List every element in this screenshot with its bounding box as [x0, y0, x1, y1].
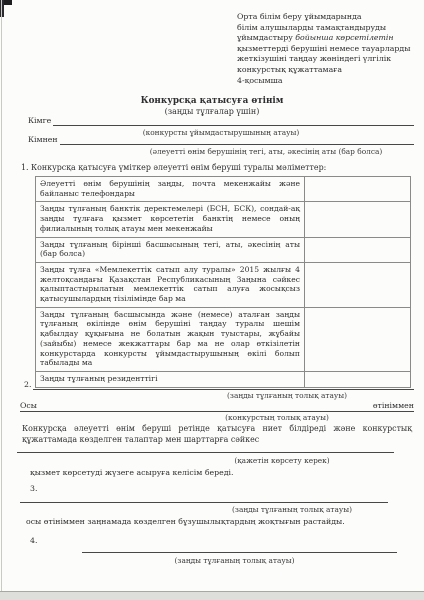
section2-number: 2. [24, 380, 33, 390]
appendix-line: қызметтерді берушіні немесе тауарларды [237, 44, 417, 55]
appendix-line: Орта білім беру ұйымдарында [237, 12, 417, 23]
table-row-label: Заңды тұлға «Мемлекеттік сатып алу турал… [36, 262, 305, 307]
appendix-line: ұйымдастыру бойынша көрсетілетін [237, 33, 417, 44]
section2-blank-line [33, 379, 414, 390]
table-row-label: Заңды тұлғаның банктік деректемелері (БС… [36, 202, 305, 237]
appendix-line: білім алушыларды тамақтандыруды [237, 23, 417, 34]
section3-statement-text: осы өтініммен заңнамада көзделген бұзушы… [26, 517, 345, 527]
to-field-row: Кімге [28, 115, 414, 126]
section3-legal-name-caption: (заңды тұлғаның толық атауы) [170, 505, 414, 515]
table-row-value-cell [305, 262, 411, 307]
from-caption: (әлеуетті өнім берушінің тегі, аты, әкес… [118, 147, 414, 157]
section3-number: 3. [30, 484, 37, 494]
table-row-value-cell [305, 307, 411, 371]
osy-word: Осы [20, 401, 37, 411]
table-row-value-cell [305, 237, 411, 262]
appendix-reference-block: Орта білім беру ұйымдарында білім алушыл… [237, 12, 417, 86]
table-row-value-cell [305, 202, 411, 237]
section4-blank-rule [82, 552, 397, 553]
table-row: Әлеуетті өнім берушінің заңды, почта мек… [36, 177, 411, 202]
from-field-row: Кімнен [28, 134, 414, 145]
section2-osy-row: Осы өтініммен [20, 397, 414, 412]
section2-closing-text: қызмет көрсетуді жүзеге асыруға келісім … [30, 468, 234, 478]
scan-bottom-edge-artifact [0, 591, 424, 600]
section2-blank-rule [17, 452, 394, 453]
section2-number-row: 2. [24, 379, 414, 390]
section3-blank-rule [20, 502, 388, 503]
table-row-label: Заңды тұлғаның бірінші басшысының тегі, … [36, 237, 305, 262]
table-row-label: Әлеуетті өнім берушінің заңды, почта мек… [36, 177, 305, 202]
table-row-value-cell [305, 177, 411, 202]
table-row: Заңды тұлғаның басшысында және (немесе) … [36, 307, 411, 371]
scanned-application-form-page: Орта білім беру ұйымдарында білім алушыл… [0, 0, 424, 600]
section4-legal-name-caption: (заңды тұлғаның толық атауы) [55, 556, 414, 566]
from-blank-line [60, 134, 414, 145]
appendix-number: 4-қосымша [237, 76, 417, 87]
table-row: Заңды тұлғаның банктік деректемелері (БС… [36, 202, 411, 237]
section1-heading: 1. Конкурсқа қатысуға үміткер әлеуетті ө… [21, 163, 414, 173]
section4-number: 4. [30, 536, 37, 546]
from-label: Кімнен [28, 135, 60, 145]
table-row-label: Заңды тұлғаның басшысында және (немесе) … [36, 307, 305, 371]
table-row: Заңды тұлға «Мемлекеттік сатып алу турал… [36, 262, 411, 307]
form-title: Конкурсқа қатысуға өтінім [0, 96, 424, 106]
section2-specify-caption: (қажетін көрсету керек) [150, 456, 414, 466]
scan-edge-artifact [1, 0, 2, 600]
section2-contest-name-caption: (конкурстың толық атауы) [140, 413, 414, 423]
table-row: Заңды тұлғаның бірінші басшысының тегі, … [36, 237, 411, 262]
appendix-line: жеткізушіні таңдау жөніндегі үлгілік [237, 54, 417, 65]
to-label: Кімге [28, 116, 53, 126]
appendix-line: конкурстық құжаттамаға [237, 65, 417, 76]
to-blank-line [53, 115, 414, 126]
section2-intent-paragraph: Конкурсқа әлеуетті өнім беруші ретінде қ… [22, 424, 412, 445]
supplier-info-table: Әлеуетті өнім берушінің заңды, почта мек… [35, 176, 411, 388]
otinimmen-word: өтініммен [373, 401, 414, 411]
